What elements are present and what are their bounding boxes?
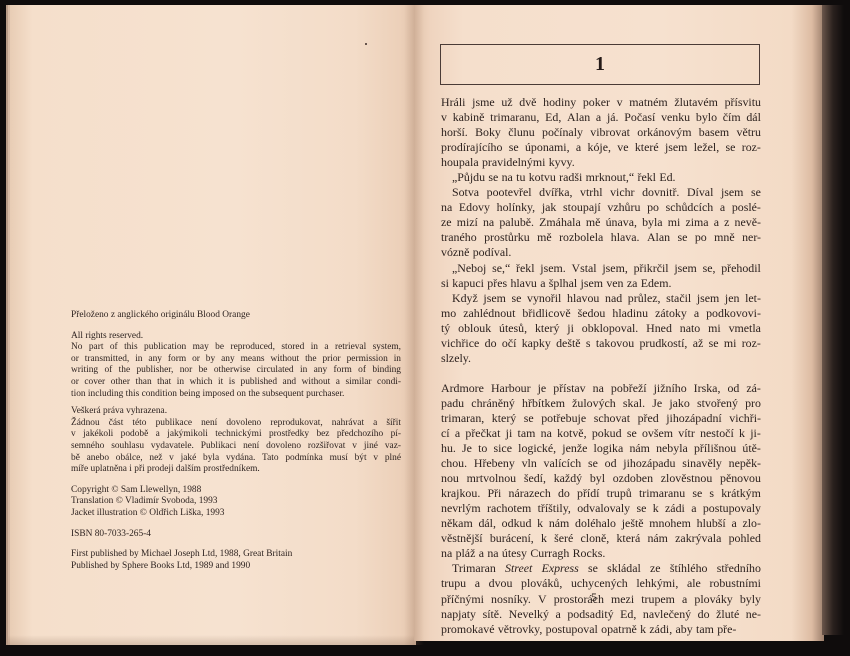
text-line: TrimaranStreetExpressseskládalzeštíhlého… <box>441 561 761 576</box>
rights-en-line: or cover other than that in which it is … <box>71 377 401 389</box>
rights-cs-line: semného souhlasu vydavatele. Publikaci n… <box>71 441 401 453</box>
text-line: nevrlýmrachotemtříštily,odvalovalysekzád… <box>441 501 761 516</box>
text-line: zemizínapalubě.Zmáhalaměúnava,bylamizima… <box>441 215 761 230</box>
text-line: hu.Jetosicelogické,jenželogikanámnebylap… <box>441 441 761 456</box>
text-line: sikapucipřeshlavuašplhaljsemvenzaEdem. <box>441 276 761 291</box>
rights-en-line: No part of this publication may be repro… <box>71 342 401 354</box>
chapter-section-2: ArdmoreHarbourjepřístavnapobřežíjižníhoI… <box>441 381 761 637</box>
text-line: naplážanaútesyCurraghRocks. <box>441 546 761 561</box>
page-number: 5 <box>591 590 597 605</box>
page-edge-shadow <box>822 5 844 635</box>
text-line: tranéhoprostůrkuměrozbolelahlava.Alansep… <box>441 230 761 245</box>
text-line: „Půjdusenatukotvuradšimrknout,“řeklEd. <box>441 170 761 185</box>
credit-jacket: Jacket illustration © Oldřich Liška, 199… <box>71 508 401 520</box>
text-line: promokavévětrovky,postupovalopatrněkzádi… <box>441 622 761 637</box>
rights-cs-line: v jakékoli podobě a jakýmikoli technický… <box>71 429 401 441</box>
text-line: mozahlédnoutbřidlicověšedouhladinuzátoky… <box>441 306 761 321</box>
text-line: noumrtvolnoušedí,každýbylozdobenzlověstn… <box>441 471 761 486</box>
text-line: trimaran,kterýsepotřebujeschovatpředjiho… <box>441 411 761 426</box>
text-line: krajkou.Přinárazechdopřídítrupůtrimaranu… <box>441 486 761 501</box>
text-line: ArdmoreHarbourjepřístavnapobřežíjižníhoI… <box>441 381 761 396</box>
book-gutter <box>404 5 424 645</box>
text-line: příčnýminosníky.Vprostoráchmezitrupemapl… <box>441 592 761 607</box>
rights-cs-heading: Veškerá práva vyhrazena. <box>71 406 401 418</box>
rights-cs-line: Žádnou část této publikace není dovoleno… <box>71 418 401 430</box>
text-line: Hrálijsmeuždvěhodinypokervmatnémžlutavém… <box>441 95 761 110</box>
text-line: paduchráněnýhřbítkemžulovýchskal.Jejakos… <box>441 396 761 411</box>
chapter-body: Hrálijsmeuždvěhodinypokervmatnémžlutavém… <box>441 95 761 637</box>
chapter-section-1: Hrálijsmeuždvěhodinypokervmatnémžlutavém… <box>441 95 761 366</box>
colophon: Přeloženo z anglického originálu Blood O… <box>71 310 401 572</box>
text-line: týobloukútesů,kterýjiobklopoval.Hnednato… <box>441 321 761 336</box>
rights-en-line: or transmitted, in any form or by any me… <box>71 354 401 366</box>
paragraph: „Nebojse,“řekljsem.Vstaljsem,přikrčiljse… <box>441 261 761 291</box>
credit-copyright: Copyright © Sam Llewellyn, 1988 <box>71 485 401 497</box>
credit-translation: Translation © Vladimír Svoboda, 1993 <box>71 496 401 508</box>
text-line: vichřicedoočíkapkydeštěstakovouprudkostí… <box>441 336 761 351</box>
text-line: prodírajícíhoseúponami,akóje,vekteréjsem… <box>441 140 761 155</box>
rights-cs-line: bě anebo obálce, než v jaké byla vydána.… <box>71 453 401 465</box>
rights-cs-text: Žádnou část této publikace není dovoleno… <box>71 418 401 476</box>
paper-speck <box>365 43 367 45</box>
chapter-heading-box: 1 <box>440 44 760 85</box>
rights-en-heading: All rights reserved. <box>71 331 401 343</box>
text-line: chou.Hřebenyvlnvalícíchseodjihozápadusin… <box>441 456 761 471</box>
paragraph: „Půjdusenatukotvuradšimrknout,“řeklEd. <box>441 170 761 185</box>
text-line: cíapřečkatjitamnakotvě,pokudseovšemvítrn… <box>441 426 761 441</box>
text-line: houpalapravidelnýmikyvy. <box>441 155 761 170</box>
rights-en-line: tion including this condition being impo… <box>71 389 401 401</box>
published-by: Published by Sphere Books Ltd, 1989 and … <box>71 561 401 573</box>
first-published: First published by Michael Joseph Ltd, 1… <box>71 549 401 561</box>
paragraph: Hrálijsmeuždvěhodinypokervmatnémžlutavém… <box>441 95 761 170</box>
paragraph: Kdyžjsemsevynořilhlavounadprůlez,stačilj… <box>441 291 761 366</box>
section-break <box>441 366 761 381</box>
text-line: Sotvapootevřeldvířka,vtrhlvichrdovnitř.D… <box>441 185 761 200</box>
text-line: věstnějšíburácení,kšerécloně,kteránámzak… <box>441 531 761 546</box>
text-line: horší.Bokyčlunupočínalyvibrovatorkánovým… <box>441 125 761 140</box>
isbn: ISBN 80-7033-265-4 <box>71 529 401 541</box>
text-line: Kdyžjsemsevynořilhlavounadprůlez,stačilj… <box>441 291 761 306</box>
chapter-number: 1 <box>595 53 605 76</box>
rights-en-line: writing of the publisher, nor be otherwi… <box>71 365 401 377</box>
paragraph: Sotvapootevřeldvířka,vtrhlvichrdovnitř.D… <box>441 185 761 260</box>
rights-en-text: No part of this publication may be repro… <box>71 342 401 400</box>
text-line: napjatysítě.NevelkýapodsaditýEd,navlečen… <box>441 607 761 622</box>
text-line: naEdovyholínky,jakstoupajívzhůruposchůdc… <box>441 200 761 215</box>
paragraph: ArdmoreHarbourjepřístavnapobřežíjižníhoI… <box>441 381 761 562</box>
translation-note: Přeloženo z anglického originálu Blood O… <box>71 310 401 322</box>
text-line: vózněpodíval. <box>441 245 761 260</box>
text-line: vkabinětrimaranu,Ed,Alanajá.Počasívenkub… <box>441 110 761 125</box>
text-line: „Nebojse,“řekljsem.Vstaljsem,přikrčiljse… <box>441 261 761 276</box>
rights-cs-line: míře uplatněna i při prodeji dalším pros… <box>71 464 401 476</box>
open-book-spread: Přeloženo z anglického originálu Blood O… <box>0 0 850 656</box>
text-line: trupuadvouplováků,uchycenýchlehkými,aler… <box>441 576 761 591</box>
paragraph: TrimaranStreetExpressseskládalzeštíhlého… <box>441 561 761 636</box>
text-line: někamdál,odkudknámdoléhaloještěmnohemhlu… <box>441 516 761 531</box>
text-line: slzely. <box>441 351 761 366</box>
